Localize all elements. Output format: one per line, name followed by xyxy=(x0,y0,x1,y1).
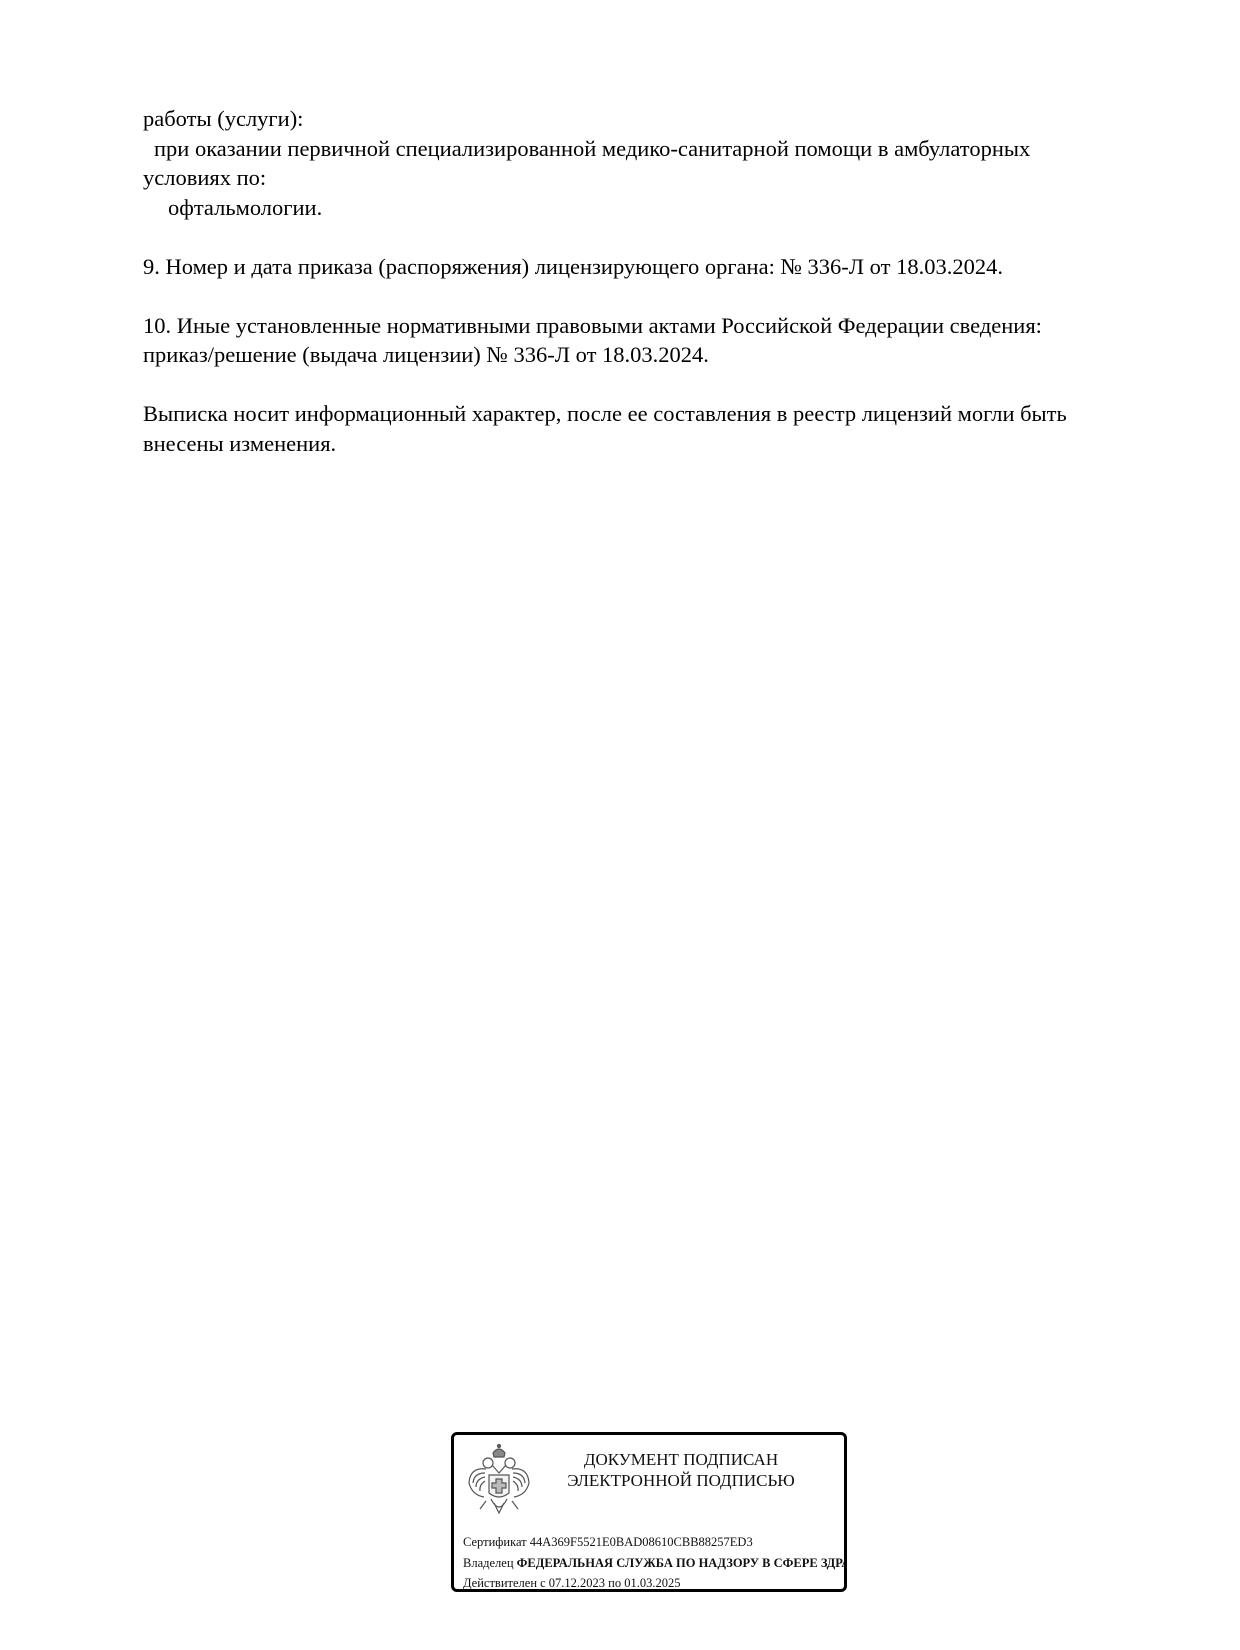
spacer xyxy=(143,281,1163,311)
owner-label: Владелец xyxy=(463,1556,514,1570)
certificate-value: 44A369F5521E0BAD08610CBB88257ED3 xyxy=(530,1535,753,1549)
works-line-3: офтальмологии. xyxy=(143,193,1163,223)
validity-row: Действителен с 07.12.2023 по 01.03.2025 xyxy=(463,1573,847,1592)
note-line-2: внесены изменения. xyxy=(143,429,1163,459)
works-line-1: при оказании первичной специализированно… xyxy=(143,134,1163,164)
stamp-title-line-2: ЭЛЕКТРОННОЙ ПОДПИСЬЮ xyxy=(546,1470,816,1491)
item-9: 9. Номер и дата приказа (распоряжения) л… xyxy=(143,252,1163,282)
item-10-line-2: приказ/решение (выдача лицензии) № 336-Л… xyxy=(143,340,1163,370)
spacer xyxy=(143,370,1163,400)
stamp-title-line-1: ДОКУМЕНТ ПОДПИСАН xyxy=(546,1449,816,1470)
electronic-signature-stamp: ДОКУМЕНТ ПОДПИСАН ЭЛЕКТРОННОЙ ПОДПИСЬЮ С… xyxy=(451,1432,847,1592)
spacer xyxy=(143,222,1163,252)
note-line-1: Выписка носит информационный характер, п… xyxy=(143,399,1163,429)
stamp-title: ДОКУМЕНТ ПОДПИСАН ЭЛЕКТРОННОЙ ПОДПИСЬЮ xyxy=(546,1449,816,1491)
stamp-details: Сертификат 44A369F5521E0BAD08610CBB88257… xyxy=(463,1532,847,1592)
certificate-row: Сертификат 44A369F5521E0BAD08610CBB88257… xyxy=(463,1532,847,1553)
russian-coat-of-arms-icon xyxy=(466,1443,532,1519)
item-10-line-1: 10. Иные установленные нормативными прав… xyxy=(143,311,1163,341)
owner-value: ФЕДЕРАЛЬНАЯ СЛУЖБА ПО НАДЗОРУ В СФЕРЕ ЗД… xyxy=(517,1556,847,1570)
document-body: работы (услуги): при оказании первичной … xyxy=(143,104,1163,458)
works-line-2: условиях по: xyxy=(143,163,1163,193)
works-label: работы (услуги): xyxy=(143,104,1163,134)
owner-row: Владелец ФЕДЕРАЛЬНАЯ СЛУЖБА ПО НАДЗОРУ В… xyxy=(463,1553,847,1574)
certificate-label: Сертификат xyxy=(463,1535,527,1549)
